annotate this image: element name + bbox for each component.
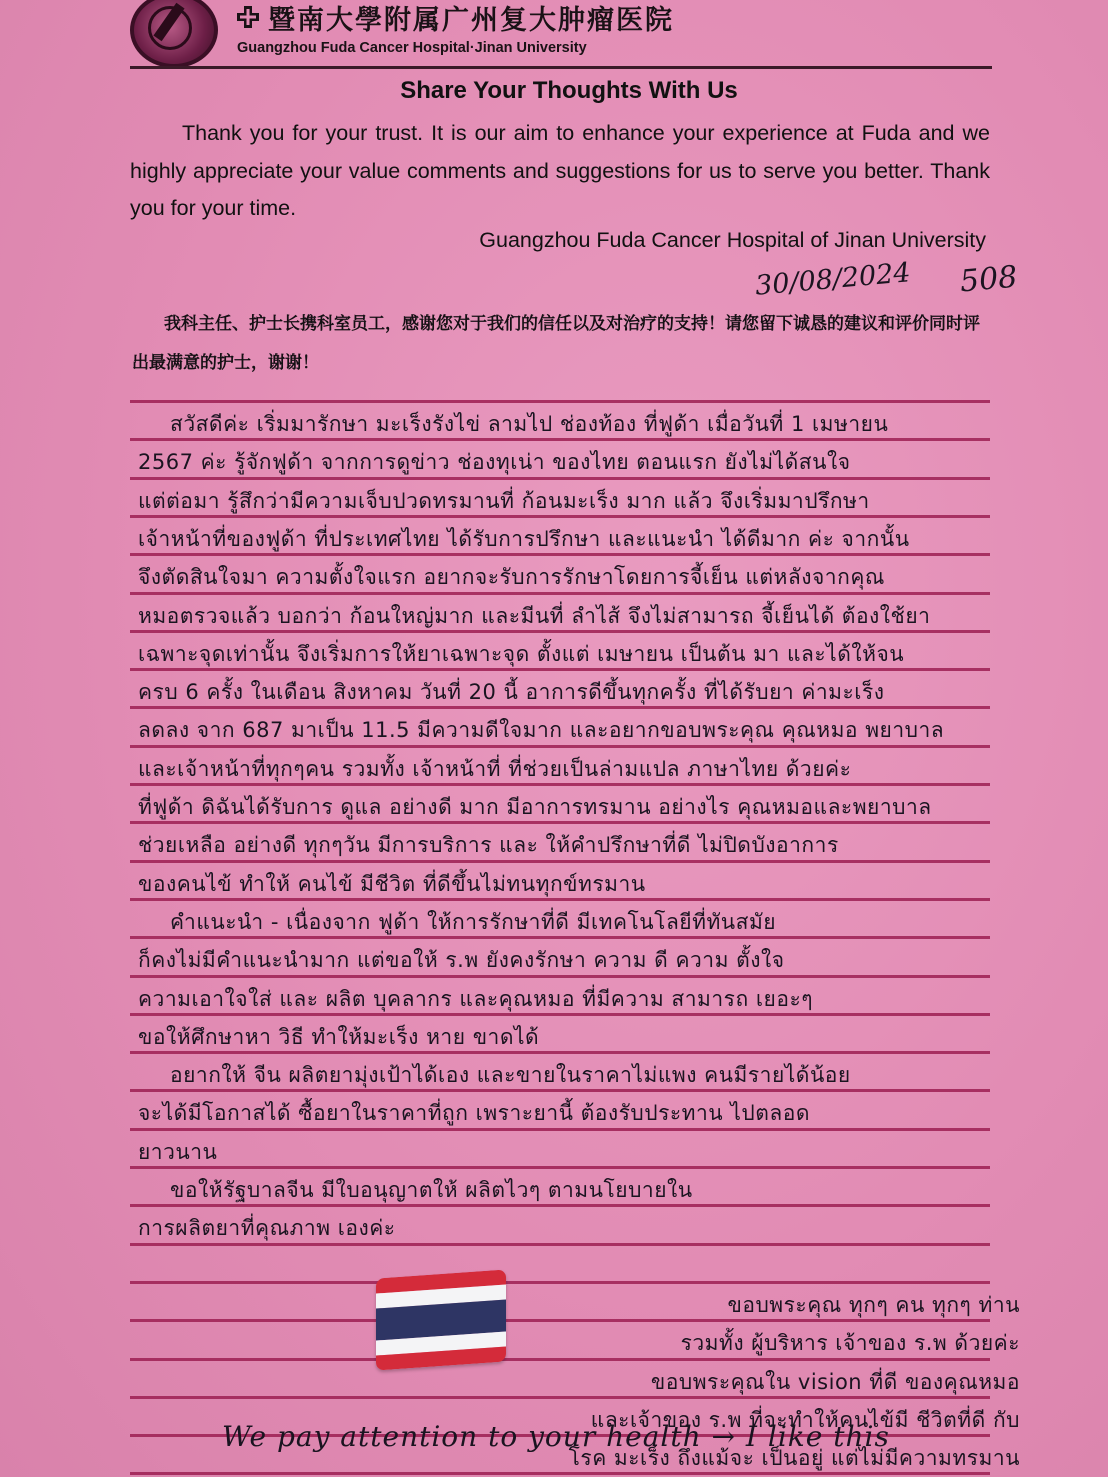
- handwritten-line: จะได้มีโอกาสได้ ซื้อยาในราคาที่ถูก เพราะ…: [138, 1097, 998, 1130]
- handwritten-line: และเจ้าหน้าที่ทุกๆคน รวมทั้ง เจ้าหน้าที่…: [138, 753, 998, 786]
- form-title: Share Your Thoughts With Us: [0, 77, 1108, 105]
- handwritten-line: เจ้าหน้าที่ของฟูด้า ที่ประเทศไทย ได้รับก…: [138, 523, 998, 556]
- handwritten-room-number: 508: [959, 260, 1019, 300]
- header-divider: [130, 66, 992, 69]
- handwritten-line: ยาวนาน: [138, 1136, 998, 1169]
- handwritten-line: เฉพาะจุดเท่านั้น จึงเริ่มการให้ยาเฉพาะจุ…: [138, 638, 998, 671]
- handwritten-line: คำแนะนำ - เนื่องจาก ฟูด้า ให้การรักษาที่…: [138, 906, 998, 939]
- thailand-flag-icon: [376, 1269, 506, 1370]
- handwritten-line: ที่ฟูด้า ดิฉันได้รับการ ดูแล อย่างดี มาก…: [138, 791, 998, 824]
- hospital-emblem-icon: [130, 0, 218, 68]
- hospital-name-en: Guangzhou Fuda Cancer Hospital·Jinan Uni…: [237, 40, 587, 56]
- handwritten-line: ลดลง จาก 687 มาเป็น 11.5 มีความดีใจมาก แ…: [138, 714, 998, 747]
- handwritten-line: สวัสดีค่ะ เริ่มมารักษา มะเร็งรังไข่ ลามไ…: [138, 408, 998, 441]
- handwritten-line: แต่ต่อมา รู้สึกว่ามีความเจ็บปวดทรมานที่ …: [138, 485, 998, 518]
- intro-paragraph: Thank you for your trust. It is our aim …: [130, 115, 990, 228]
- handwritten-line: หมอตรวจแล้ว บอกว่า ก้อนใหญ่มาก และมีนที่…: [138, 600, 998, 633]
- handwritten-line: รวมทั้ง ผู้บริหาร เจ้าของ ร.พ ด้วยค่ะ: [130, 1327, 1080, 1360]
- ruled-line: [130, 400, 990, 403]
- handwritten-line: ครบ 6 ครั้ง ในเดือน สิงหาคม วันที่ 20 นี…: [138, 676, 998, 709]
- handwritten-line: จึงตัดสินใจมา ความตั้งใจแรก อยากจะรับการ…: [138, 561, 998, 594]
- handwritten-line: 2567 ค่ะ รู้จักฟูด้า จากการดูข่าว ช่องทุ…: [138, 446, 998, 479]
- red-cross-icon: [236, 5, 260, 29]
- handwritten-line: ของคนไข้ ทำให้ คนไข้ มีชีวิต ที่ดีขึ้นไม…: [138, 868, 998, 901]
- handwritten-date: 30/08/2024: [754, 257, 912, 301]
- chinese-intro-paragraph: 我科主任、护士长携科室员工，感谢您对于我们的信任以及对治疗的支持！请您留下诚恳的…: [132, 305, 992, 383]
- handwritten-line: ขอให้ศึกษาหา วิธี ทำให้มะเร็ง หาย ขาดได้: [138, 1021, 998, 1054]
- hospital-name-cn: 暨南大學附属广州复大肿瘤医院: [268, 0, 674, 37]
- handwritten-closing-english: We pay attention to your health → I like…: [222, 1420, 890, 1453]
- handwritten-line: ช่วยเหลือ อย่างดี ทุกๆวัน มีการบริการ แล…: [138, 829, 998, 862]
- hospital-signoff: Guangzhou Fuda Cancer Hospital of Jinan …: [479, 228, 986, 253]
- handwritten-line: การผลิตยาที่คุณภาพ เองค่ะ: [138, 1212, 998, 1245]
- handwritten-line: ขอให้รัฐบาลจีน มีใบอนุญาตให้ ผลิตไวๆ ตาม…: [138, 1174, 998, 1207]
- handwritten-line: อยากให้ จีน ผลิตยามุ่งเป้าได้เอง และขายใ…: [138, 1059, 998, 1092]
- handwritten-line: ก็คงไม่มีคำแนะนำมาก แต่ขอให้ ร.พ ยังคงรั…: [138, 944, 998, 977]
- handwritten-line: ขอบพระคุณใน vision ที่ดี ของคุณหมอ: [130, 1366, 1040, 1399]
- handwritten-line: ความเอาใจใส่ และ ผลิต บุคลากร และคุณหมอ …: [138, 983, 998, 1016]
- handwritten-line: ขอบพระคุณ ทุกๆ คน ทุกๆ ท่าน: [130, 1289, 1108, 1322]
- ruled-line: [130, 1281, 990, 1284]
